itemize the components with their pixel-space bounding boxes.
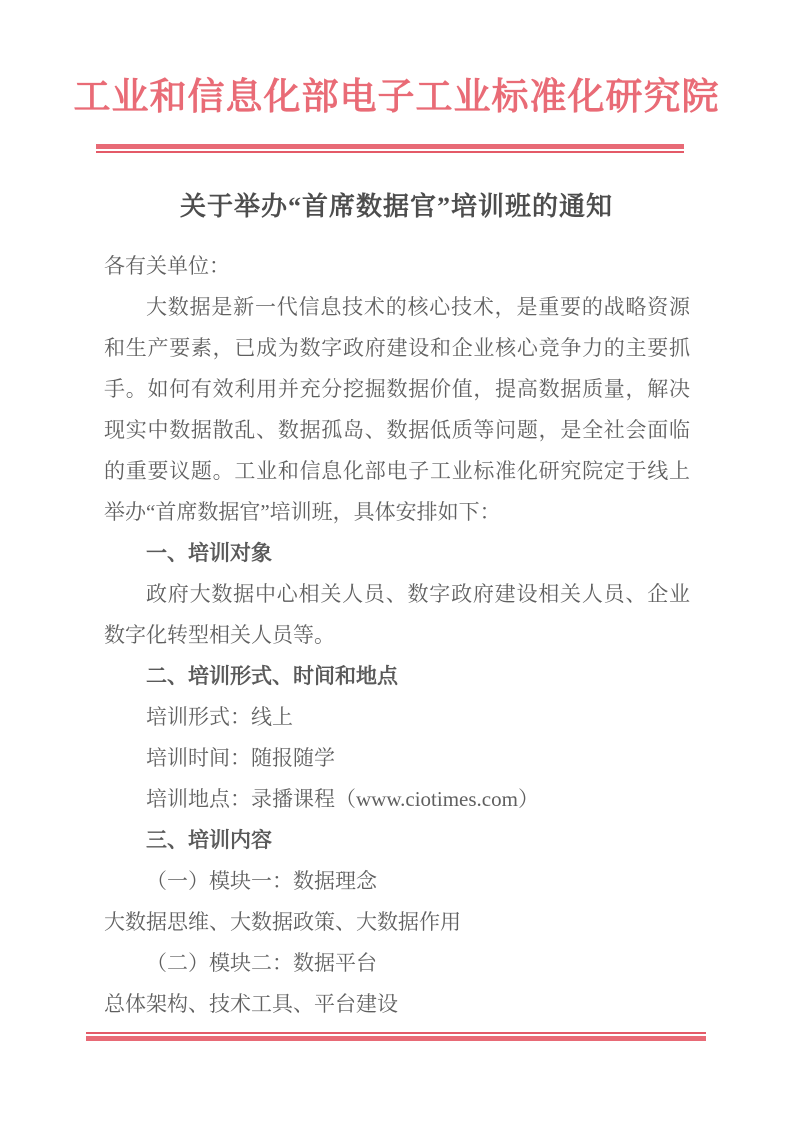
letterhead-org-name: 工业和信息化部电子工业标准化研究院: [0, 66, 793, 120]
section-heading-1: 一、培训对象: [104, 533, 690, 574]
training-format-line: 培训形式：线上: [104, 697, 690, 738]
section-1-paragraph: 政府大数据中心相关人员、数字政府建设相关人员、企业数字化转型相关人员等。: [104, 574, 690, 656]
training-location-line: 培训地点：录播课程（www.ciotimes.com）: [104, 779, 690, 820]
rule-thin-line: [96, 151, 684, 153]
document-body: 各有关单位： 大数据是新一代信息技术的核心技术，是重要的战略资源和生产要素，已成…: [104, 246, 690, 1025]
intro-paragraph: 大数据是新一代信息技术的核心技术，是重要的战略资源和生产要素，已成为数字政府建设…: [104, 287, 690, 533]
document-title: 关于举办“首席数据官”培训班的通知: [0, 186, 793, 223]
section-heading-3: 三、培训内容: [104, 820, 690, 861]
document-page: 工业和信息化部电子工业标准化研究院 关于举办“首席数据官”培训班的通知 各有关单…: [0, 0, 793, 1123]
salutation: 各有关单位：: [104, 246, 690, 287]
letterhead-double-rule: [96, 144, 684, 153]
rule-thick-line: [86, 1036, 706, 1041]
module-2-content: 总体架构、技术工具、平台建设: [104, 984, 690, 1025]
module-1-content: 大数据思维、大数据政策、大数据作用: [104, 902, 690, 943]
module-2-label: （二）模块二：数据平台: [104, 943, 690, 984]
training-time-line: 培训时间：随报随学: [104, 738, 690, 779]
footer-double-rule: [86, 1032, 706, 1041]
module-1-label: （一）模块一：数据理念: [104, 861, 690, 902]
section-heading-2: 二、培训形式、时间和地点: [104, 656, 690, 697]
